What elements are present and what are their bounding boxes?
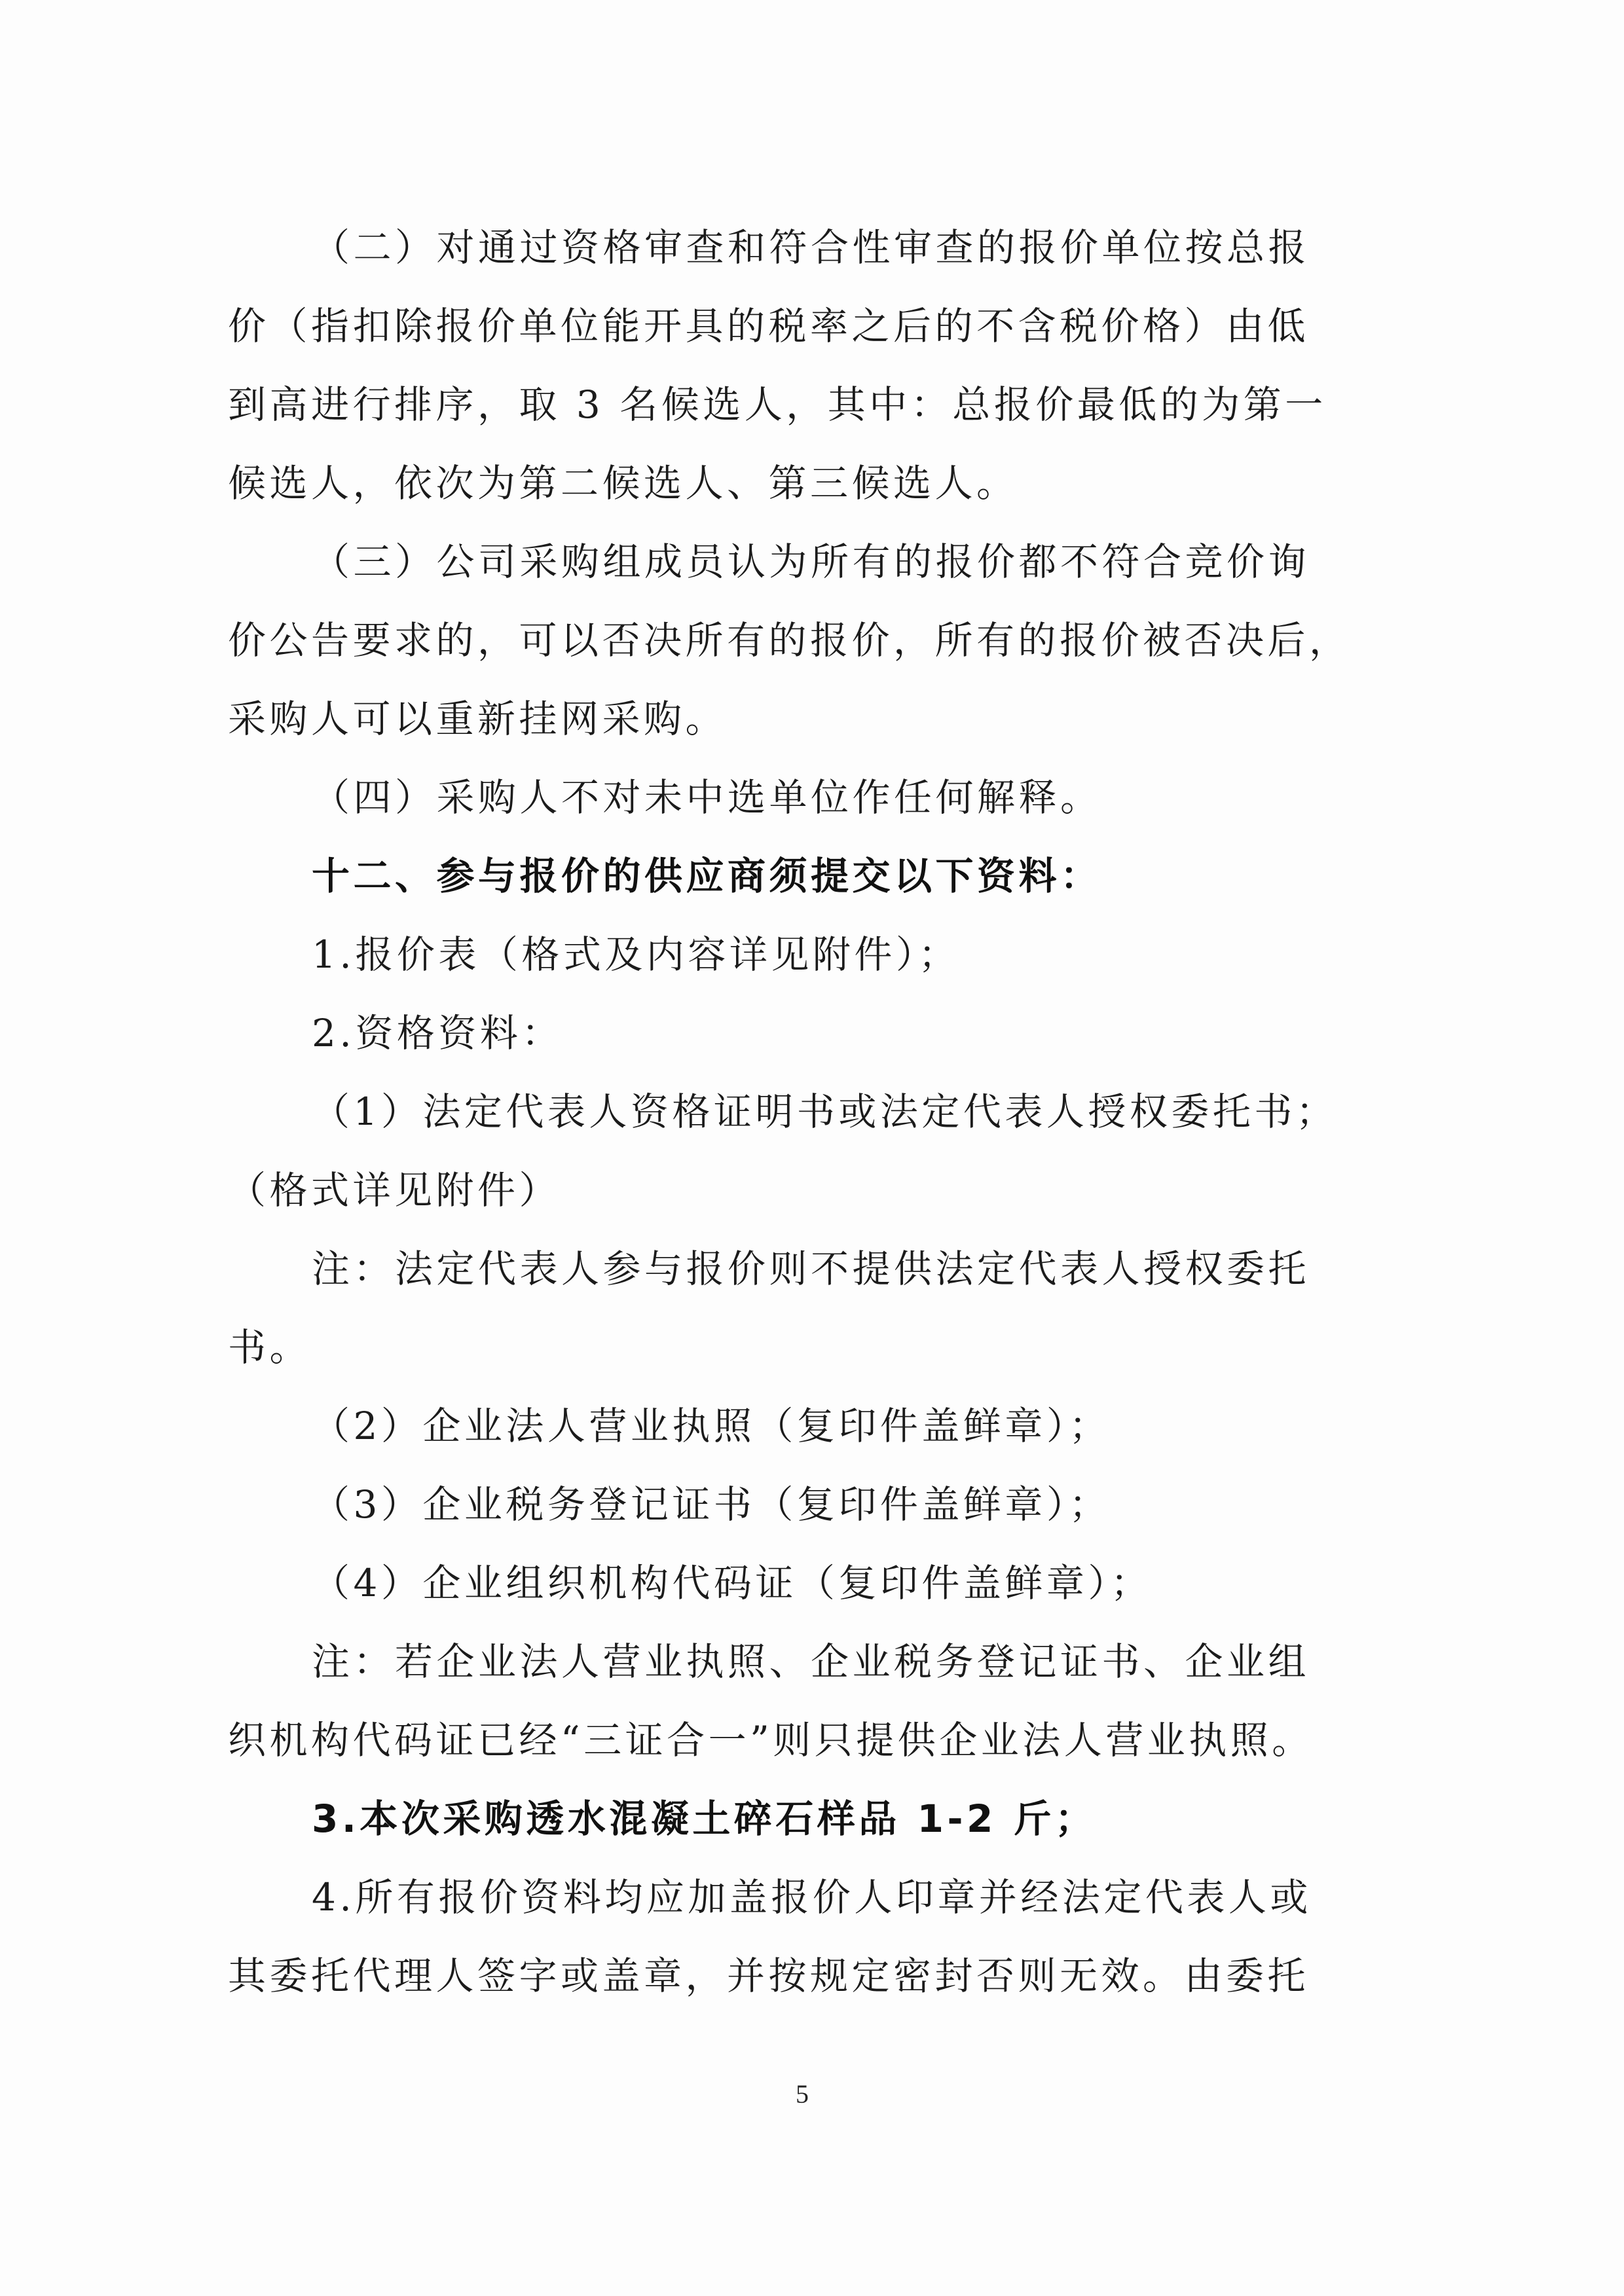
paragraph-3-line-1: （三）公司采购组成员认为所有的报价都不符合竞价询 (228, 522, 1361, 601)
subitem-1-line-2: （格式详见附件） (228, 1151, 1361, 1230)
item-1-quote-form: 1.报价表（格式及内容详见附件）； (228, 915, 1361, 994)
item-2-qualification: 2.资格资料： (228, 994, 1361, 1072)
note-1-line-2: 书。 (228, 1308, 1361, 1387)
document-body: （二）对通过资格审查和符合性审查的报价单位按总报 价（指扣除报价单位能开具的税率… (228, 208, 1361, 2015)
note-1-line-1: 注：法定代表人参与报价则不提供法定代表人授权委托 (228, 1230, 1361, 1308)
paragraph-2-line-3: 到高进行排序，取 3 名候选人，其中：总报价最低的为第一 (228, 365, 1361, 444)
document-page: （二）对通过资格审查和符合性审查的报价单位按总报 价（指扣除报价单位能开具的税率… (0, 0, 1624, 2296)
paragraph-3-line-3: 采购人可以重新挂网采购。 (228, 680, 1361, 758)
item-3-sample: 3.本次采购透水混凝土碎石样品 1-2 斤； (228, 1779, 1361, 1858)
subitem-1-line-1: （1）法定代表人资格证明书或法定代表人授权委托书； (228, 1072, 1361, 1151)
paragraph-2-line-2: 价（指扣除报价单位能开具的税率之后的不含税价格）由低 (228, 287, 1361, 365)
note-2-line-1: 注：若企业法人营业执照、企业税务登记证书、企业组 (228, 1622, 1361, 1701)
paragraph-2-line-4: 候选人，依次为第二候选人、第三候选人。 (228, 444, 1361, 522)
subitem-2-business-license: （2）企业法人营业执照（复印件盖鲜章）； (228, 1387, 1361, 1465)
subitem-3-tax-registration: （3）企业税务登记证书（复印件盖鲜章）； (228, 1465, 1361, 1544)
subitem-4-org-code: （4）企业组织机构代码证（复印件盖鲜章）； (228, 1544, 1361, 1622)
item-4-line-2: 其委托代理人签字或盖章，并按规定密封否则无效。由委托 (228, 1937, 1361, 2015)
paragraph-2-line-1: （二）对通过资格审查和符合性审查的报价单位按总报 (228, 208, 1361, 287)
paragraph-3-line-2: 价公告要求的，可以否决所有的报价，所有的报价被否决后， (228, 601, 1361, 680)
paragraph-4-line-1: （四）采购人不对未中选单位作任何解释。 (228, 758, 1361, 837)
note-2-line-2: 织机构代码证已经“三证合一”则只提供企业法人营业执照。 (228, 1701, 1361, 1779)
section-heading-12: 十二、参与报价的供应商须提交以下资料： (228, 837, 1361, 915)
item-4-line-1: 4.所有报价资料均应加盖报价人印章并经法定代表人或 (228, 1858, 1361, 1937)
page-number: 5 (786, 2079, 819, 2109)
